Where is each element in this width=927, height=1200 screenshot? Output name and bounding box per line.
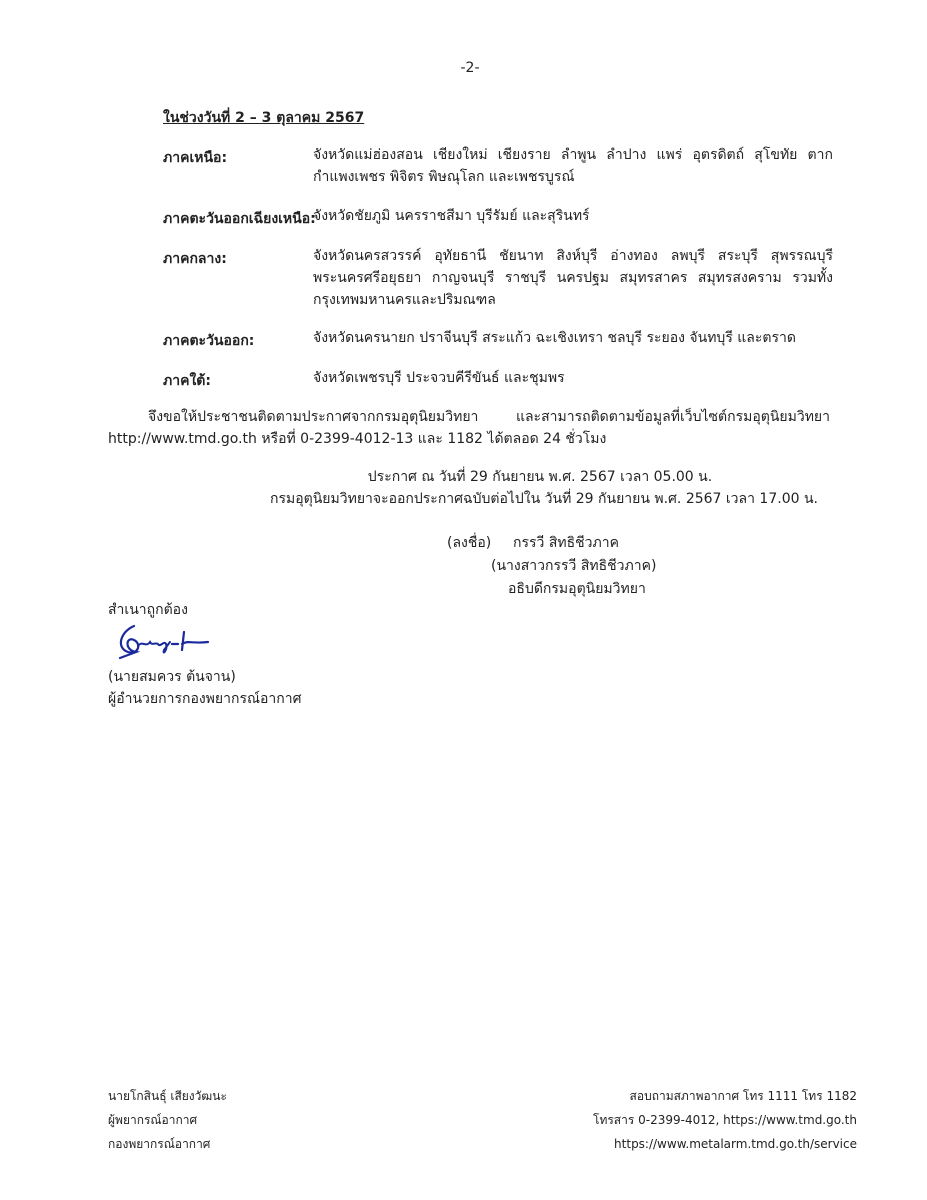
region-label-east: ภาคตะวันออก: <box>163 330 254 352</box>
region-text-north: จังหวัดแม่ฮ่องสอน เชียงใหม่ เชียงราย ลำพ… <box>313 144 833 188</box>
footer-right-contact: สอบถามสภาพอากาศ โทร 1111 โทร 1182 <box>630 1084 857 1108</box>
signed-name: กรรวี สิทธิชีวภาค <box>513 532 619 554</box>
region-label-south: ภาคใต้: <box>163 370 211 392</box>
region-label-northeast: ภาคตะวันออกเฉียงเหนือ: <box>163 208 316 230</box>
region-label-central: ภาคกลาง: <box>163 248 227 270</box>
date-heading: ในช่วงวันที่ 2 – 3 ตุลาคม 2567 <box>163 107 364 129</box>
footer-right-fax: โทรสาร 0-2399-4012, https://www.tmd.go.t… <box>593 1108 857 1132</box>
region-text-central: จังหวัดนครสวรรค์ อุทัยธานี ชัยนาท สิงห์บ… <box>313 245 833 311</box>
handwritten-signature-icon <box>112 622 212 662</box>
region-text-northeast: จังหวัดชัยภูมิ นครราชสีมา บุรีรัมย์ และส… <box>313 205 833 227</box>
signatory-position: อธิบดีกรมอุตุนิยมวิทยา <box>508 578 646 600</box>
footer-left-name: นายโกสินธุ์ เสียงวัฒนะ <box>108 1084 227 1108</box>
signatory-full-name: (นางสาวกรรวี สิทธิชีวภาค) <box>491 555 656 577</box>
region-text-south: จังหวัดเพชรบุรี ประจวบคีรีขันธ์ และชุมพร <box>313 367 833 389</box>
certified-copy-label: สำเนาถูกต้อง <box>108 599 188 621</box>
region-text-east: จังหวัดนครนายก ปราจีนบุรี สระแก้ว ฉะเชิง… <box>313 327 833 349</box>
footer-right-url: https://www.metalarm.tmd.go.th/service <box>614 1132 857 1156</box>
certified-copy-position: ผู้อำนวยการกองพยากรณ์อากาศ <box>108 688 301 710</box>
announcement-issued: ประกาศ ณ วันที่ 29 กันยายน พ.ศ. 2567 เวล… <box>270 466 810 488</box>
announcement-next: กรมอุตุนิยมวิทยาจะออกประกาศฉบับต่อไปใน ว… <box>270 488 810 510</box>
page-number: -2- <box>0 60 927 76</box>
footer-left-role: ผู้พยากรณ์อากาศ <box>108 1108 197 1132</box>
certified-copy-name: (นายสมควร ต้นจาน) <box>108 666 236 688</box>
region-label-north: ภาคเหนือ: <box>163 147 227 169</box>
signed-prefix: (ลงชื่อ) <box>447 532 491 554</box>
advice-paragraph: จึงขอให้ประชาชนติดตามประกาศจากกรมอุตุนิย… <box>108 406 830 450</box>
footer-left-dept: กองพยากรณ์อากาศ <box>108 1132 210 1156</box>
